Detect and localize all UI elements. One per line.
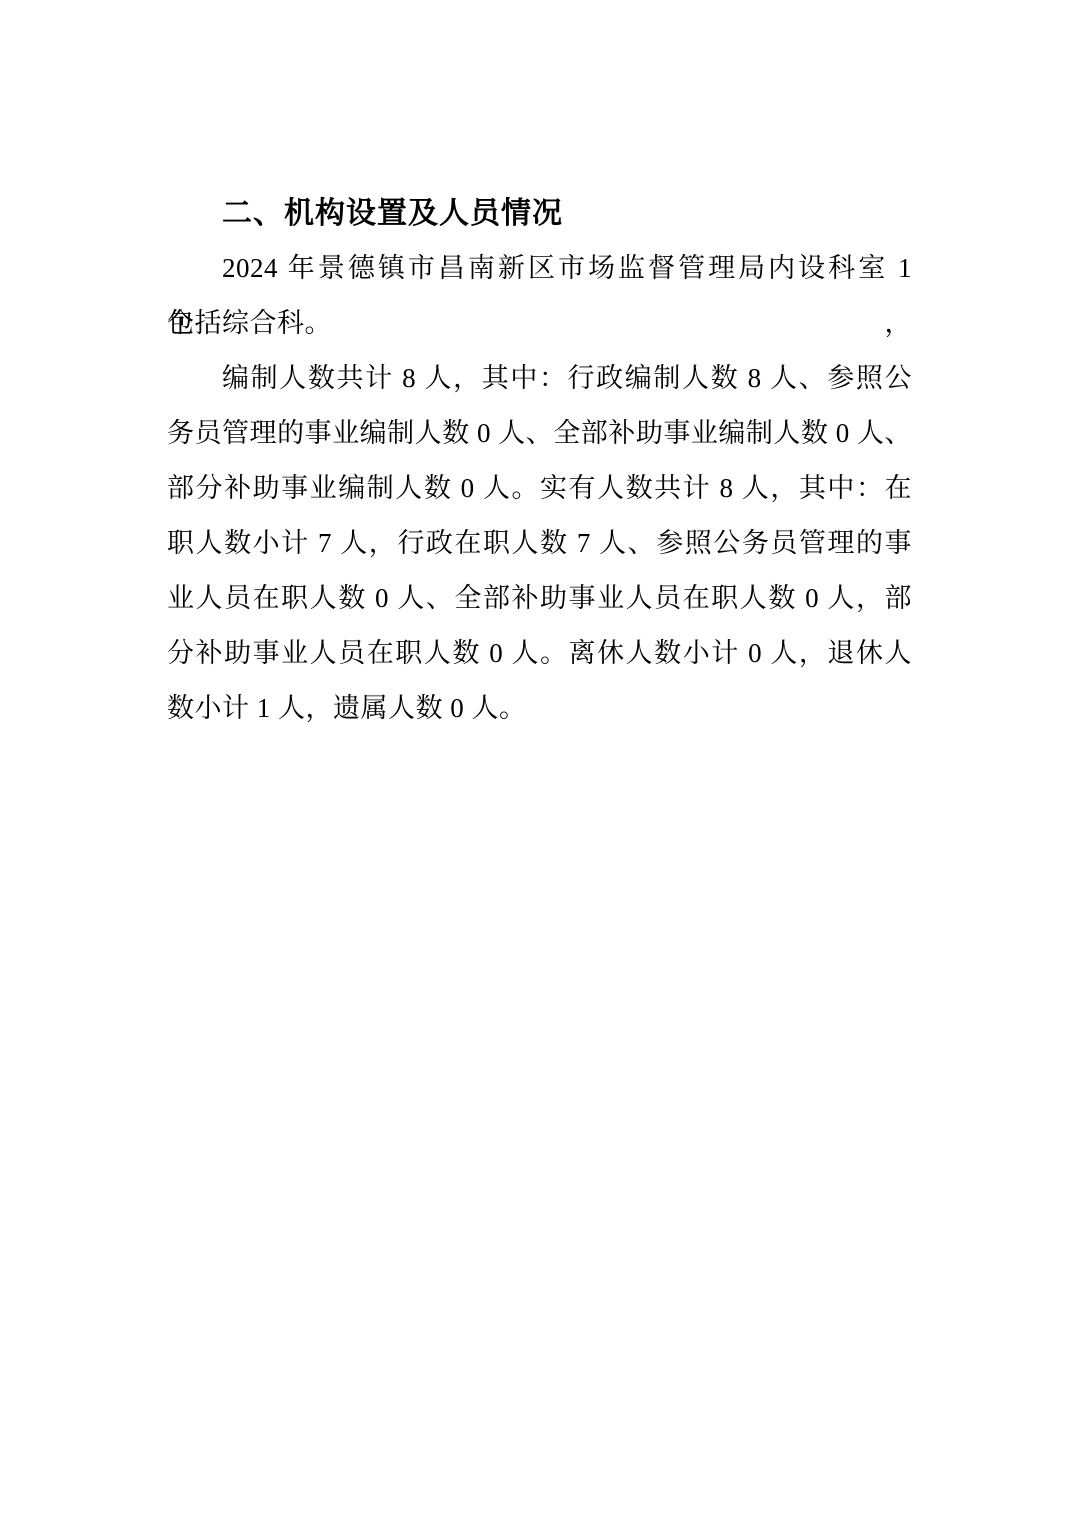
section-heading: 二、机构设置及人员情况	[167, 186, 912, 241]
paragraph-line: 2024 年景德镇市昌南新区市场监督管理局内设科室 1 个，	[167, 241, 912, 296]
paragraph-line: 业人员在职人数 0 人、全部补助事业人员在职人数 0 人，部	[167, 571, 912, 626]
paragraph-organization: 2024 年景德镇市昌南新区市场监督管理局内设科室 1 个， 包括综合科。	[167, 241, 912, 351]
paragraph-line: 部分补助事业编制人数 0 人。实有人数共计 8 人，其中：在	[167, 461, 912, 516]
document-page: 二、机构设置及人员情况 2024 年景德镇市昌南新区市场监督管理局内设科室 1 …	[0, 0, 1074, 1520]
document-content: 二、机构设置及人员情况 2024 年景德镇市昌南新区市场监督管理局内设科室 1 …	[167, 186, 912, 736]
paragraph-staffing: 编制人数共计 8 人，其中：行政编制人数 8 人、参照公 务员管理的事业编制人数…	[167, 351, 912, 736]
paragraph-line: 职人数小计 7 人，行政在职人数 7 人、参照公务员管理的事	[167, 516, 912, 571]
paragraph-line: 分补助事业人员在职人数 0 人。离休人数小计 0 人，退休人	[167, 626, 912, 681]
paragraph-line: 编制人数共计 8 人，其中：行政编制人数 8 人、参照公	[167, 351, 912, 406]
paragraph-line: 务员管理的事业编制人数 0 人、全部补助事业编制人数 0 人、	[167, 406, 912, 461]
paragraph-line: 数小计 1 人，遗属人数 0 人。	[167, 681, 912, 736]
